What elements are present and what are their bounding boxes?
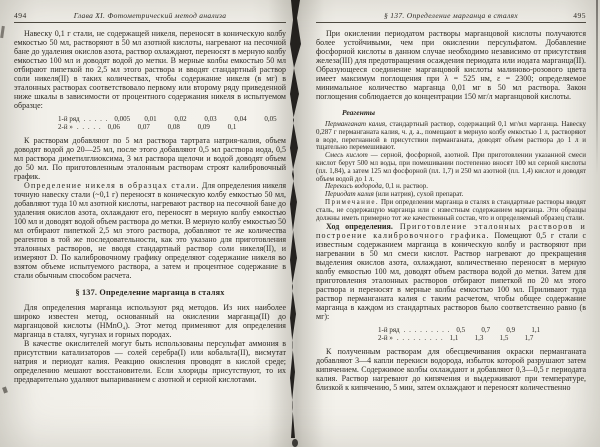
right-page-body: При окислении периодатом растворы марган… [316, 29, 586, 392]
row-label: 2-й » [378, 334, 393, 342]
paragraph: Для определения марганца используют ряд … [14, 303, 286, 339]
paragraph: Навеску 0,1 г стали, не содержащей никел… [14, 29, 286, 110]
spine-ink-blob [292, 439, 298, 447]
cell-value: 1,3 [475, 334, 500, 342]
page-number: 494 [14, 11, 48, 20]
right-page: § 137. Определение марганца в сталях 495… [316, 0, 586, 392]
reagent-name: Периодат калия [325, 190, 374, 198]
left-page-header: 494 Глава XI. Фотометрический метод анал… [14, 0, 286, 20]
cell-value: 0,08 [168, 123, 198, 131]
header-rule [14, 22, 286, 23]
table-row: 1-й ряд. . . . .0,0050,010,020,030,040,0… [58, 115, 286, 123]
left-page: 494 Глава XI. Фотометрический метод анал… [14, 0, 286, 384]
reagent-item: Смесь кислот — серной, фосфорной, азотно… [316, 152, 586, 183]
cell-value: 1,7 [525, 334, 550, 342]
cell-value: 0,09 [198, 123, 228, 131]
paragraph: При окислении периодатом растворы марган… [316, 29, 586, 101]
scan-edge-artifact [596, 0, 598, 175]
reagents-block: Перманганат калия, стандартный раствор, … [316, 121, 586, 222]
reagent-text: (или натрия), сухой препарат. [374, 190, 464, 198]
paragraph: К полученным растворам для обесцвечивани… [316, 347, 586, 392]
spine-ink [290, 0, 301, 438]
cell-value: 0,7 [481, 326, 506, 334]
book-scan: 494 Глава XI. Фотометрический метод анал… [0, 0, 600, 447]
dot-leader: . . . . . . . . . [404, 326, 451, 334]
paragraph: Определение никеля в образцах стали. Для… [14, 181, 286, 280]
cell-value: 0,06 [108, 123, 138, 131]
manganese-scale-table: 1-й ряд. . . . . . . . .0,50,70,91,1 2-й… [378, 326, 586, 342]
cell-value: 0,02 [174, 115, 204, 123]
cell-value: 0,005 [114, 115, 144, 123]
reagent-name: Перекись водорода [325, 182, 382, 190]
header-rule [316, 22, 586, 23]
left-page-body: Навеску 0,1 г стали, не содержащей никел… [14, 29, 286, 384]
paragraph: В качестве окислителей могут быть исполь… [14, 339, 286, 384]
page-number: 495 [552, 11, 586, 20]
book-spine-shadow [281, 0, 307, 447]
nickel-scale-table: 1-й ряд. . . . .0,0050,010,020,030,040,0… [58, 115, 286, 131]
table-row: 1-й ряд. . . . . . . . .0,50,70,91,1 [378, 326, 586, 334]
reagent-name: Смесь кислот [325, 151, 368, 159]
reagents-heading: Реагенты [342, 108, 586, 117]
cell-value: 0,1 [228, 123, 258, 131]
dot-leader: . . . . . [77, 123, 102, 131]
row-label: 1-й ряд [378, 326, 400, 334]
cell-value: 0,5 [456, 326, 481, 334]
procedure-lead: Ход определения. [326, 222, 393, 231]
cell-value: 1,5 [500, 334, 525, 342]
dot-leader: . . . . . [84, 115, 109, 123]
cell-value: 0,01 [144, 115, 174, 123]
cell-value: 1,1 [450, 334, 475, 342]
note-lead: Примечание. [325, 198, 379, 206]
table-row: 2-й ». . . . . . . . .1,11,31,51,7 [378, 334, 586, 342]
scan-fleck [0, 26, 5, 38]
reagent-text: , 0,1 н. раствор. [382, 182, 428, 190]
reagent-item: Перманганат калия, стандартный раствор, … [316, 121, 586, 152]
cell-value: 1,1 [531, 326, 556, 334]
reagent-name: Перманганат калия [325, 120, 385, 128]
spaced-lead: Определение никеля в образцах стали. [24, 181, 200, 190]
note: Примечание. При определении марганца в с… [316, 199, 586, 222]
cell-value: 0,07 [138, 123, 168, 131]
running-title: Глава XI. Фотометрический метод анализа [48, 11, 252, 20]
procedure-text: Помещают 0,5 г стали с известным содержа… [316, 231, 586, 321]
cell-value: 0,04 [234, 115, 264, 123]
cell-value: 0,9 [506, 326, 531, 334]
scan-fleck [2, 386, 8, 393]
row-label: 1-й ряд [58, 115, 80, 123]
dot-leader: . . . . . . . . . [397, 334, 444, 342]
cell-value: 0,03 [204, 115, 234, 123]
paragraph: К растворам добавляют по 5 мл раствора т… [14, 136, 286, 181]
running-title: § 137. Определение марганца в сталях [350, 11, 552, 20]
section-heading: § 137. Определение марганца в сталях [14, 288, 286, 297]
paragraph-text: Для определения никеля точную навеску ст… [14, 181, 286, 280]
right-page-header: § 137. Определение марганца в сталях 495 [316, 0, 586, 20]
row-label: 2-й » [58, 123, 73, 131]
table-row: 2-й ». . . . .0,060,070,080,090,1 [58, 123, 286, 131]
procedure-paragraph: Ход определения. Приготовление эталонных… [316, 222, 586, 321]
